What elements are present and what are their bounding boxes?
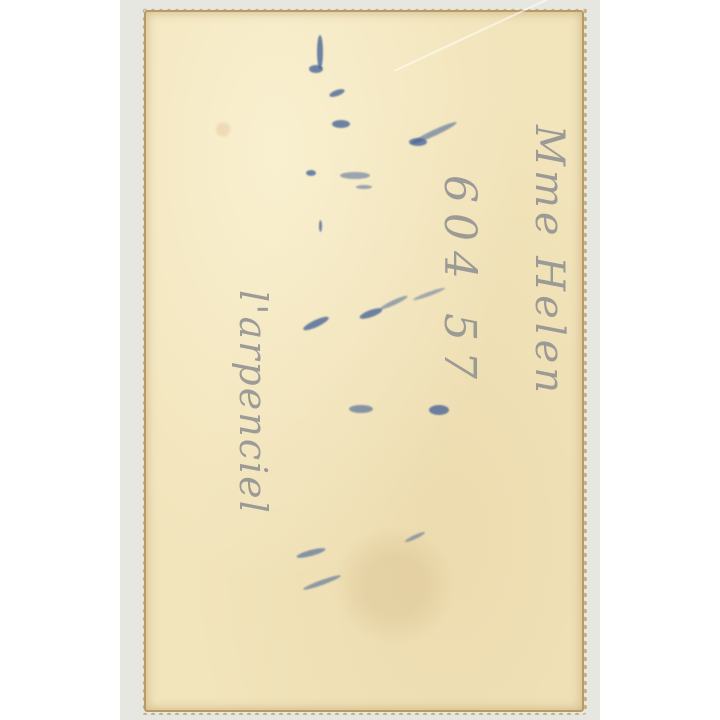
ink-stain bbox=[379, 294, 408, 311]
handwritten-number: 604 57 bbox=[434, 175, 485, 389]
ink-stain bbox=[349, 405, 373, 413]
ink-stain bbox=[302, 573, 341, 591]
ink-stain bbox=[404, 531, 426, 544]
ink-stain bbox=[319, 220, 322, 232]
handwritten-place-name: l'arpenciel bbox=[231, 290, 275, 515]
handwritten-recipient-name: Mme Helen bbox=[526, 125, 572, 397]
ink-stain bbox=[356, 185, 372, 189]
ink-stain bbox=[317, 35, 323, 69]
ink-stain bbox=[332, 120, 350, 128]
ink-stain bbox=[409, 138, 427, 146]
ink-stain bbox=[429, 405, 449, 415]
ink-stain bbox=[302, 314, 330, 332]
ink-stain bbox=[328, 87, 345, 98]
postcard-back bbox=[144, 10, 584, 712]
ink-stain bbox=[340, 172, 370, 179]
ink-stain bbox=[309, 65, 323, 73]
ink-stain bbox=[296, 546, 327, 560]
ink-stain bbox=[306, 170, 316, 176]
paper-crease bbox=[394, 0, 576, 72]
